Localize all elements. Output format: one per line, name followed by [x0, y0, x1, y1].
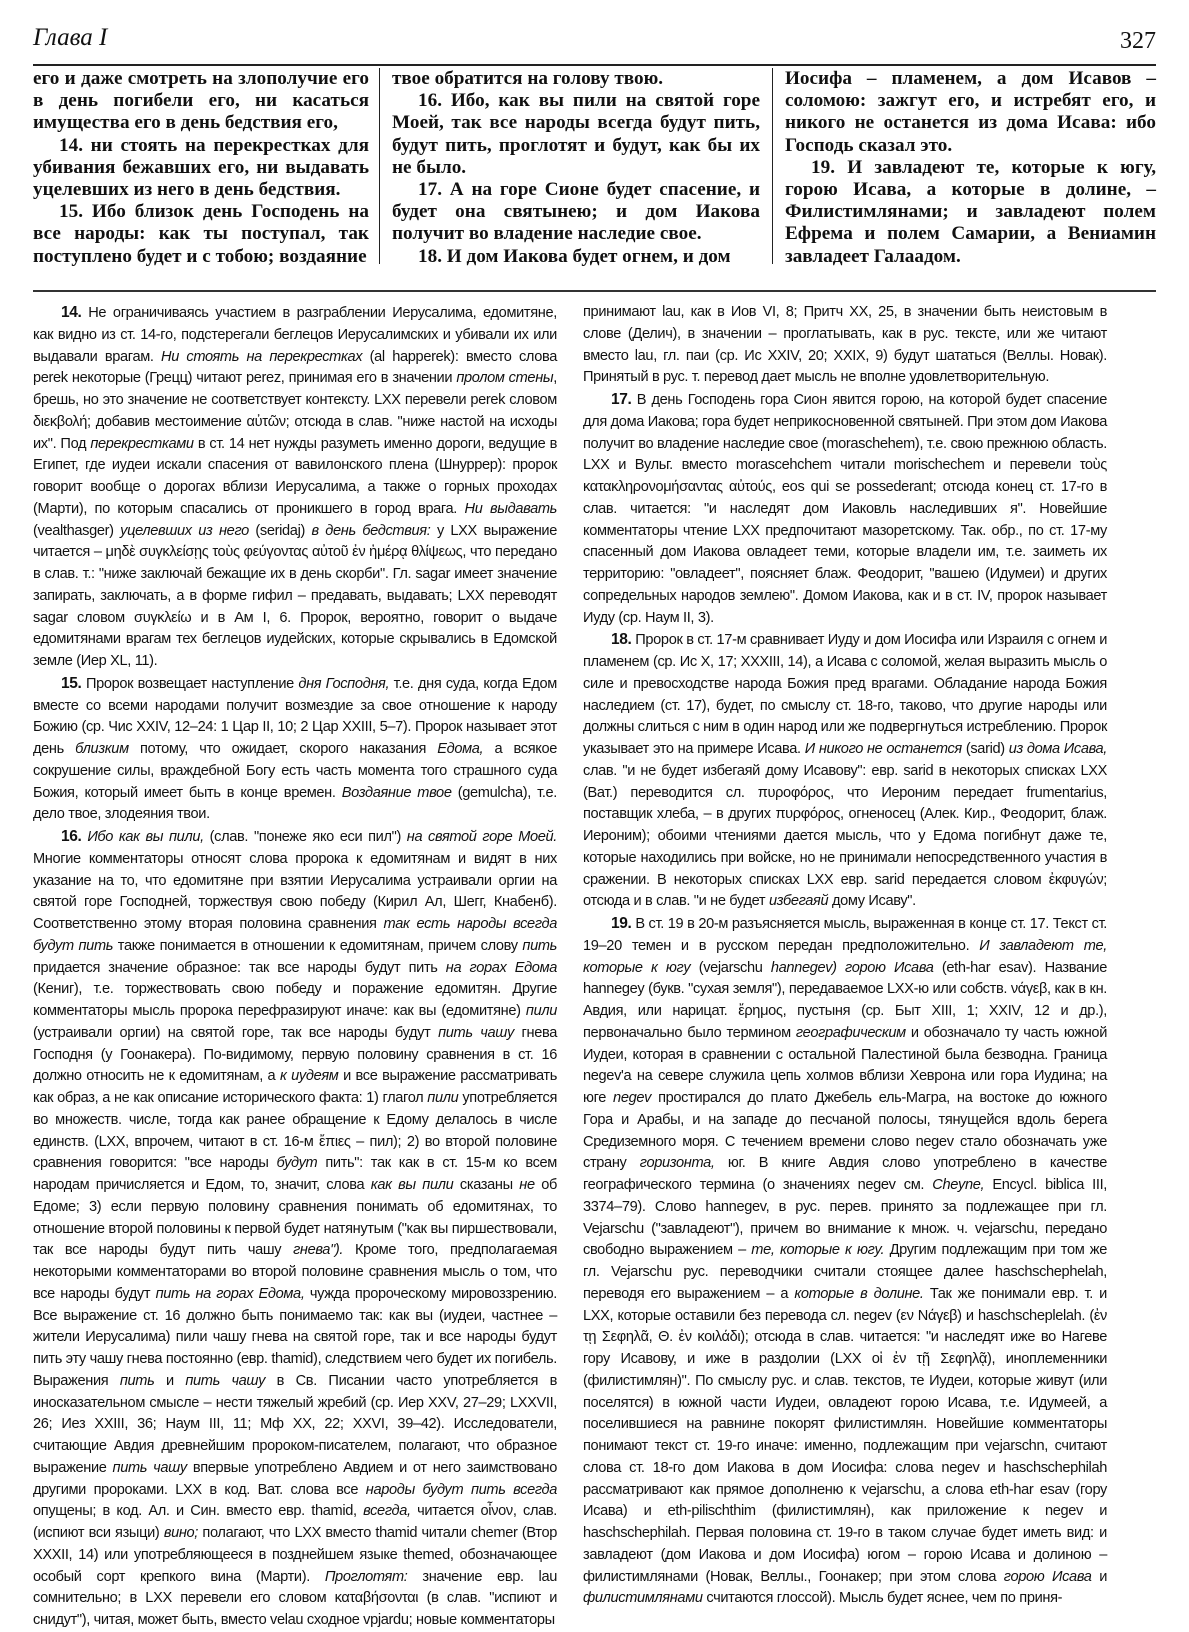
verse-number: 19.	[611, 915, 632, 932]
italic-text: пить чашу	[185, 1373, 265, 1389]
verse-number: 14.	[61, 304, 82, 321]
italic-text: вино;	[164, 1525, 198, 1541]
italic-text: дня Господня,	[298, 676, 389, 692]
italic-text: на святой горе Моей.	[407, 829, 557, 845]
italic-text: гнева").	[293, 1242, 343, 1258]
text: сказаны	[453, 1177, 519, 1193]
italic-text: пить чашу	[438, 1025, 514, 1041]
italic-text: Cheyne,	[932, 1177, 984, 1193]
scripture-text: его и даже смотреть на злополучие его в …	[33, 68, 1156, 264]
verse-15: 15. Ибо близок день Господень на все нар…	[33, 201, 369, 268]
text: Так же понимали евр. т. и LXX, которые о…	[583, 1286, 1107, 1585]
commentary-17: 17. В день Господень гора Сион явится го…	[583, 389, 1107, 629]
italic-text: пить	[120, 1373, 155, 1389]
scripture-column-1: его и даже смотреть на злополучие его в …	[33, 68, 379, 264]
text: В день Господень гора Сион явится горою,…	[583, 392, 1107, 626]
commentary-18: 18. Пророк в ст. 17-м сравнивает Иуду и …	[583, 629, 1107, 913]
italic-text: народы будут пить всегда	[366, 1482, 557, 1498]
text: придается значение образное: так все нар…	[33, 960, 446, 976]
text: потому, что ожидает, скорого наказания	[129, 741, 438, 757]
italic-text: Воздаяние твое	[342, 785, 452, 801]
text: (seridaj)	[249, 523, 312, 539]
verse-text: твое обратится на голову твою.	[392, 68, 760, 90]
text: также понимается в отношении к едомитяна…	[113, 938, 522, 954]
scripture-column-3: Иосифа – пламенем, а дом Исавов – соломо…	[772, 68, 1156, 264]
italic-text: Ни стоять на перекрестках	[161, 349, 362, 365]
text: Пророк в ст. 17-м сравнивает Иуду и дом …	[583, 632, 1107, 757]
italic-text: как вы пили	[371, 1177, 454, 1193]
italic-text: в день бедствия:	[312, 523, 431, 539]
italic-text: те, которые к югу.	[751, 1242, 884, 1258]
text: (Кениг), т.е. торжествовать свою победу …	[33, 981, 557, 1019]
commentary-14: 14. Не ограничиваясь участием в разграбл…	[33, 302, 557, 673]
italic-text: Едома,	[437, 741, 483, 757]
verse-number: 17.	[611, 391, 632, 408]
italic-text: не	[519, 1177, 534, 1193]
commentary-19: 19. В ст. 19 в 20-м разъясняется мысль, …	[583, 913, 1107, 1610]
text: (устраивали оргии) на святой горе, так в…	[33, 1025, 438, 1041]
verse-text: его и даже смотреть на злополучие его в …	[33, 68, 369, 135]
chapter-title: Глава I	[33, 24, 107, 52]
page-header: Глава I 327	[33, 20, 1156, 66]
verse-number: 16.	[61, 828, 82, 845]
commentary-15: 15. Пророк возвещает наступление дня Гос…	[33, 673, 557, 826]
verse-number: 15.	[61, 675, 82, 692]
commentary-column-right: принимают lau, как в Иов VI, 8; Притч XX…	[583, 302, 1107, 1632]
text: считаются глоссой). Мысль будет яснее, ч…	[703, 1590, 1063, 1606]
text: (vejarschu	[690, 960, 771, 976]
text: и	[1092, 1569, 1107, 1585]
commentary-16: 16. Ибо как вы пили, (слав. "понеже яко …	[33, 826, 557, 1632]
text: (слав. "понеже яко еси пил")	[204, 829, 407, 845]
section-divider	[33, 290, 1156, 292]
italic-text: перекрестками	[90, 436, 193, 452]
commentary-column-left: 14. Не ограничиваясь участием в разграбл…	[33, 302, 557, 1632]
text: (sarid)	[962, 741, 1009, 757]
italic-text: будут	[277, 1155, 318, 1171]
italic-text: филистимлянами	[583, 1590, 703, 1606]
scripture-column-2: твое обратится на голову твою. 16. Ибо, …	[379, 68, 772, 264]
text: (vealthasger)	[33, 523, 120, 539]
text: и	[154, 1373, 185, 1389]
commentary: 14. Не ограничиваясь участием в разграбл…	[33, 302, 1156, 1632]
text: Пророк возвещает наступление	[82, 676, 299, 692]
italic-text: И никого не останется	[805, 741, 962, 757]
page-number: 327	[1120, 28, 1156, 55]
italic-text: negev	[613, 1090, 651, 1106]
italic-text: hannegev) горою Исава	[771, 960, 934, 976]
italic-text: пить на горах Едома,	[156, 1286, 305, 1302]
italic-text: горизонта,	[640, 1155, 715, 1171]
italic-text: Ни выдавать	[465, 501, 557, 517]
italic-text: географическим	[796, 1025, 906, 1041]
verse-18: 18. И дом Иакова будет огнем, и дом	[392, 246, 760, 268]
verse-text: Иосифа – пламенем, а дом Исавов – соломо…	[785, 68, 1156, 157]
italic-text: избегаяй	[769, 893, 828, 909]
italic-text: Проглотят:	[325, 1569, 408, 1585]
italic-text: Ибо как вы пили,	[82, 829, 204, 845]
italic-text: всегда,	[363, 1503, 411, 1519]
italic-text: горою Исава	[1004, 1569, 1092, 1585]
verse-14: 14. ни стоять на перекрестках для убиван…	[33, 135, 369, 202]
italic-text: близким	[75, 741, 129, 757]
text: дому Исаву".	[828, 893, 916, 909]
italic-text: из дома Исава,	[1009, 741, 1107, 757]
italic-text: пили	[526, 1003, 557, 1019]
text: у LXX выражение читается – μηδὲ συγκλείσ…	[33, 523, 557, 670]
italic-text: пить чашу	[113, 1460, 187, 1476]
italic-text: к иудеям	[280, 1068, 338, 1084]
text: слав. "и не будет избегаяй дому Исавову"…	[583, 763, 1107, 910]
verse-number: 18.	[611, 631, 632, 648]
verse-16: 16. Ибо, как вы пили на святой горе Моей…	[392, 90, 760, 179]
text: опущены; в код. Ал. и Син. вместо евр. t…	[33, 1503, 363, 1519]
italic-text: пили	[427, 1090, 458, 1106]
commentary-16-continued: принимают lau, как в Иов VI, 8; Притч XX…	[583, 302, 1107, 389]
italic-text: на горах Едома	[446, 960, 557, 976]
italic-text: уцелевших из него	[120, 523, 249, 539]
italic-text: которые в долине.	[794, 1286, 923, 1302]
italic-text: пить	[522, 938, 557, 954]
verse-19: 19. И завладеют те, которые к югу, горою…	[785, 157, 1156, 268]
italic-text: пролом стены	[456, 370, 553, 386]
verse-17: 17. А на горе Сионе будет спасение, и бу…	[392, 179, 760, 246]
